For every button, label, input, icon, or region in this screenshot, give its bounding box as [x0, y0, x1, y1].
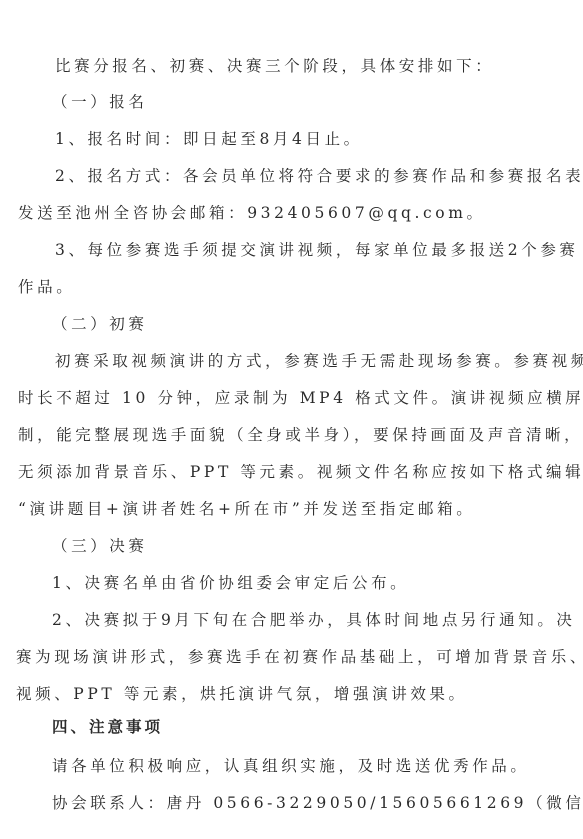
- text-line: 1、报名时间：即日起至8月4日止。: [55, 129, 363, 149]
- text-line: 赛为现场演讲形式，参赛选手在初赛作品基础上，可增加背景音乐、: [16, 647, 583, 667]
- text-line: （一）报名: [52, 92, 148, 112]
- text-line: （二）初赛: [52, 314, 148, 334]
- text-line: 初赛采取视频演讲的方式，参赛选手无需赴现场参赛。参赛视频: [55, 351, 583, 371]
- text-line: 请各单位积极响应，认真组织实施，及时选送优秀作品。: [52, 756, 530, 776]
- text-line: “演讲题目+演讲者姓名+所在市”并发送至指定邮箱。: [18, 499, 475, 519]
- text-line: （三）决赛: [52, 536, 148, 556]
- text-line: 2、决赛拟于9月下旬在合肥举办，具体时间地点另行通知。决: [52, 610, 576, 630]
- text-line: 协会联系人：唐丹 0566-3229050/15605661269（微信同号）: [52, 793, 583, 813]
- text-line: 时长不超过 10 分钟，应录制为 MP4 格式文件。演讲视频应横屏录: [18, 388, 583, 408]
- text-line: 视频、PPT 等元素，烘托演讲气氛，增强演讲效果。: [16, 684, 468, 704]
- text-line: 发送至池州全咨协会邮箱：932405607@qq.com。: [18, 203, 486, 223]
- text-line: 1、决赛名单由省价协组委会审定后公布。: [52, 573, 409, 593]
- text-line: 2、报名方式：各会员单位将符合要求的参赛作品和参赛报名表: [55, 166, 583, 186]
- text-line: 比赛分报名、初赛、决赛三个阶段，具体安排如下：: [55, 56, 494, 76]
- text-line: 制，能完整展现选手面貌（全身或半身），要保持画面及声音清晰，: [18, 425, 583, 445]
- text-line: 3、每位参赛选手须提交演讲视频，每家单位最多报送2个参赛: [55, 240, 579, 260]
- text-line: 作品。: [18, 277, 75, 297]
- text-line: 无须添加背景音乐、PPT 等元素。视频文件名称应按如下格式编辑：: [18, 462, 583, 482]
- section-heading: 四、注意事项: [52, 717, 163, 737]
